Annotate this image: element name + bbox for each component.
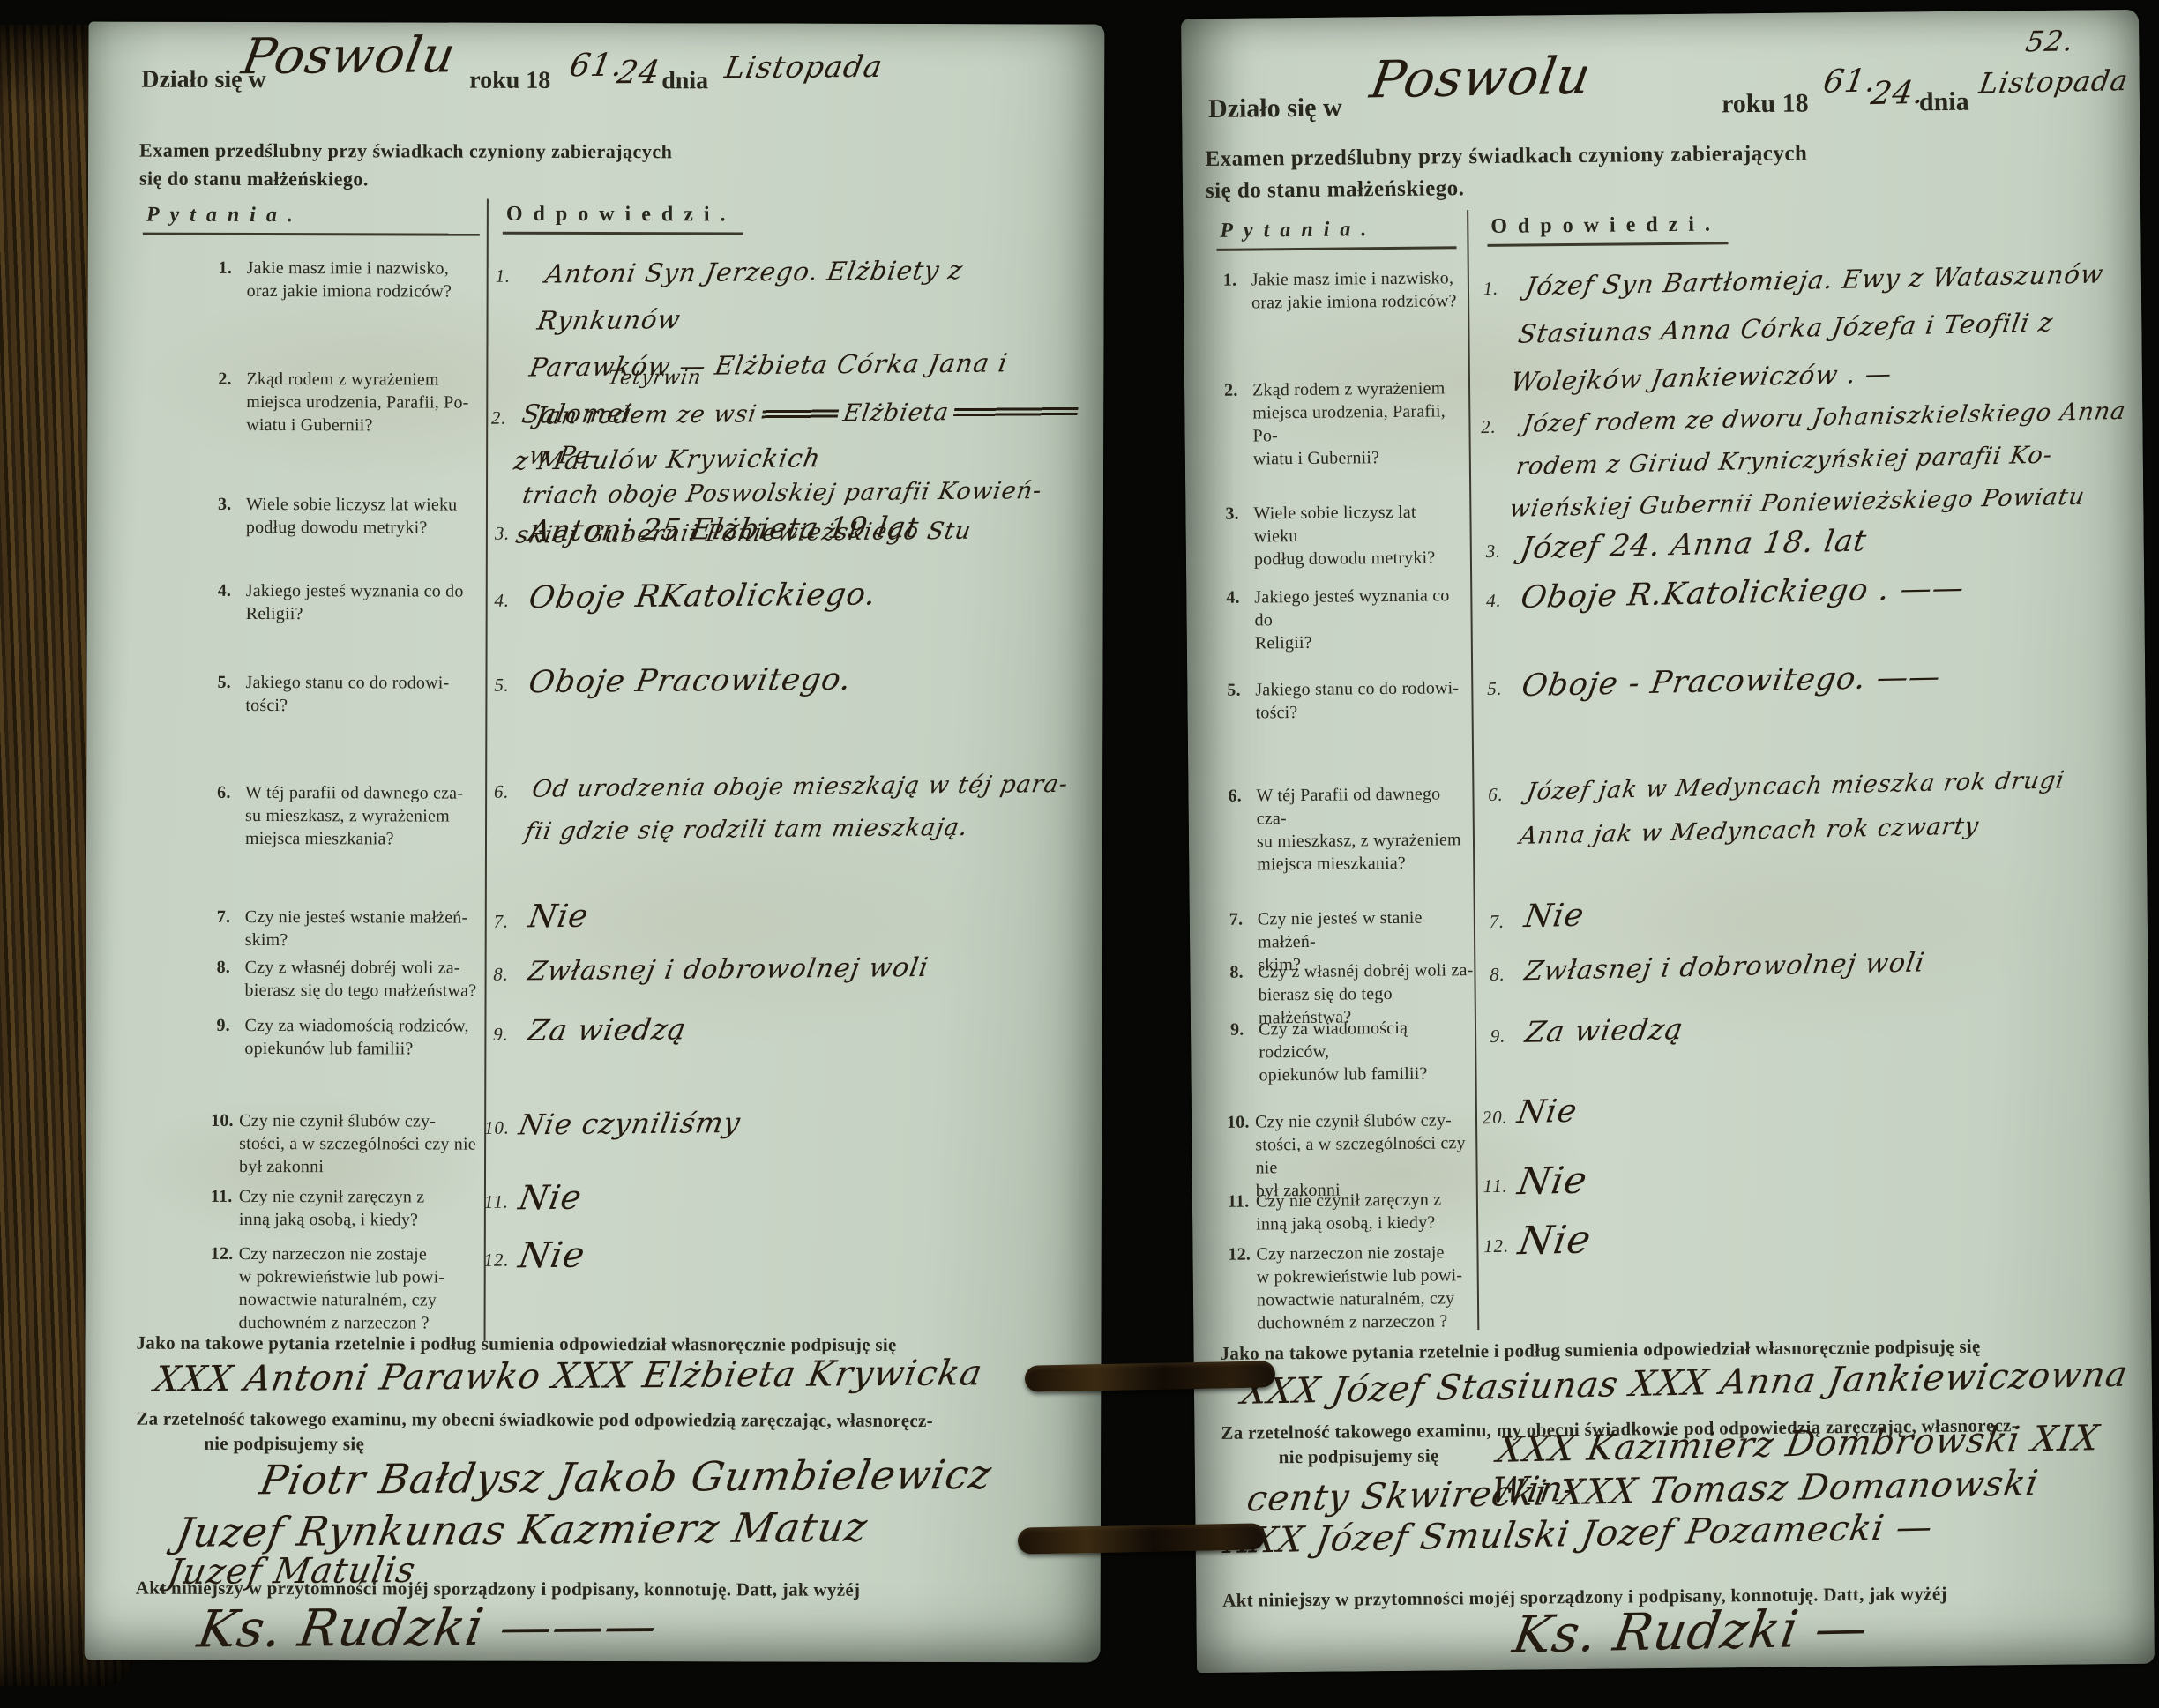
question-11: 11.Czy nie czynił zaręczyn zinną jaką os… [211, 1185, 480, 1232]
answer-12: 12.Nie [484, 1233, 749, 1278]
answer-10: 20.Nie [1483, 1087, 1747, 1134]
year-handwritten: 61. [1824, 63, 1878, 101]
witness-signature-3: XXX Józef Smulski Jozef Pozamecki — [1226, 1510, 1932, 1558]
crossed-out-word [761, 407, 840, 421]
question-12: 12.Czy narzeczon nie zostajew pokrewieńs… [211, 1242, 480, 1335]
question-12: 12.Czy narzeczon nie zostajew pokrewieńs… [1228, 1241, 1475, 1335]
answer-5: 5.Oboje - Pracowitego. —— [1487, 656, 2034, 705]
question-11: 11.Czy nie czynił zaręczyn zinną jaką os… [1228, 1188, 1475, 1236]
witness-statement-line1: Za rzetelność takowego examinu, my obecn… [136, 1408, 933, 1432]
question-6: 6.W téj parafii od dawnego cza-su mieszk… [217, 781, 482, 851]
answer-1: 1.Józef Syn Bartłomieja. Ewy z Wataszunó… [1483, 253, 2120, 402]
month-handwritten: Listopada [1980, 64, 2129, 100]
day-label: dnia [1919, 87, 1969, 118]
answer-3: 3.Józef 24. Anna 18. lat [1486, 518, 2015, 568]
page-number: 52. [2026, 25, 2073, 59]
answer-11: 11.Nie [1483, 1156, 1747, 1203]
answer-8: 8.Zwłasnej i dobrowolnej woli [494, 947, 1041, 993]
acted-at-label: Działo się w [1208, 93, 1342, 124]
couple-signatures: XXX Józef Stasiunas XXX Anna Jankiewiczo… [1243, 1359, 2127, 1408]
right-page: 52. Działo się w roku 18 Poswolu 61. 24.… [1181, 10, 2155, 1673]
year-label: roku 18 [1722, 88, 1809, 119]
year-label: roku 18 [469, 67, 550, 95]
question-4: 4.Jakiego jesteś wyznania co doReligii? [218, 579, 482, 626]
answer-2-interline: Tetyrwin [608, 367, 701, 389]
answer-2: 2.Józef rodem ze dworu Johaniszkielskieg… [1481, 394, 2125, 527]
question-8: 8.Czy z własnéj dobréj woli za-bierasz s… [217, 956, 490, 1003]
place-handwritten: Poswolu [243, 27, 455, 86]
question-1: 1.Jakie masz imie i nazwisko,oraz jakie … [1223, 266, 1461, 315]
oath-statement: Jako na takowe pytania rzetelnie i podłu… [136, 1332, 896, 1356]
answer-11: 11.Nie [484, 1175, 749, 1219]
form-subtitle: Examen przedślubny przy świadkach czynio… [1205, 138, 1808, 207]
crossed-out-word [953, 406, 1079, 420]
answer-4: 4.Oboje R.Katolickiego . —— [1486, 568, 2033, 617]
column-header-answers: Odpowiedzi. [1487, 213, 1728, 247]
form-subtitle: Examen przedślubny przy świadkach czynio… [139, 137, 672, 195]
column-header-questions: Pytania. [1216, 217, 1456, 251]
binding-thread-top [1025, 1361, 1276, 1391]
answer-3: 3.Antoni 25 Elżbieta 19 lat [495, 506, 1024, 552]
question-3: 3.Wiele sobie liczysz lat wiekupodług do… [218, 493, 482, 540]
answer-4: 4.Oboje RKatolickiego. [495, 573, 1024, 619]
question-6: 6.W téj Parafii od dawnego cza-su mieszk… [1228, 782, 1467, 876]
question-3: 3.Wiele sobie liczysz lat wiekupodług do… [1225, 500, 1464, 571]
priest-signature: Ks. Rudzki ——— [199, 1597, 657, 1658]
answer-7: 7.Nie [1490, 891, 1754, 938]
answer-9: 9.Za wiedzą [493, 1007, 846, 1052]
couple-signatures: XXX Antoni Parawko XXX Elżbieta Krywicka [155, 1355, 982, 1398]
witness-signature-1: Piotr Bałdysz Jakob Gumbielewicz [261, 1452, 991, 1502]
question-2: 2.Zkąd rodem z wyrażeniemmiejsca urodzen… [1224, 377, 1463, 471]
left-page: Działo się w Poswolu roku 18 61. 24 dnia… [85, 21, 1105, 1662]
day-handwritten: 24. [1871, 75, 1925, 112]
place-handwritten: Poswolu [1371, 47, 1590, 108]
answer-12: 12.Nie [1483, 1216, 1748, 1263]
question-9: 9.Czy za wiadomością rodziców,opiekunów … [216, 1014, 485, 1061]
day-handwritten: 24 [617, 55, 660, 91]
question-1: 1.Jakie masz imie i nazwisko,oraz jakie … [219, 257, 483, 303]
year-handwritten: 61. [570, 48, 623, 84]
witness-statement-line2: nie podpisujemy się [1279, 1445, 1439, 1469]
question-9: 9.Czy za wiadomością rodziców,opiekunów … [1230, 1016, 1478, 1087]
column-header-answers: Odpowiedzi. [503, 203, 743, 235]
question-4: 4.Jakiego jesteś wyznania co doReligii? [1226, 584, 1465, 655]
question-7: 7.Czy nie jesteś wstanie małżeń-skim? [217, 906, 486, 952]
question-10: 10.Czy nie czynił ślubów czy-stości, a w… [211, 1109, 484, 1179]
answer-6: 6.Od urodzenia oboje mieszkają w téj par… [494, 765, 1094, 852]
month-handwritten: Listopada [725, 49, 882, 85]
column-header-questions: Pytania. [143, 204, 480, 236]
question-5: 5.Jakiego stanu co do rodowi-tości? [217, 671, 482, 718]
answer-9: 9.Za wiedzą [1490, 1005, 1861, 1053]
answer-6: 6.Józef jak w Medyncach mieszka rok drug… [1488, 761, 2133, 855]
answer-7: 7.Nie [494, 894, 758, 939]
day-label: dnia [661, 67, 708, 95]
binding-thread-bottom [1018, 1523, 1266, 1554]
witness-signature-2: Juzef Rynkunas Kazmierz Matuz [177, 1505, 867, 1555]
priest-signature: Ks. Rudzki — [1513, 1600, 1867, 1663]
book-scan: Działo się w Poswolu roku 18 61. 24 dnia… [0, 0, 2159, 1708]
column-divider [484, 199, 489, 1341]
answer-8: 8.Zwłasnej i dobrowolnej woli [1490, 942, 2054, 991]
question-5: 5.Jakiego stanu co do rodowi-tości? [1227, 676, 1465, 725]
answer-5: 5.Oboje Pracowitego. [494, 658, 1023, 704]
answer-10: 10.Nie czyniliśmy [484, 1100, 908, 1145]
question-2: 2.Zkąd rodem z wyrażeniemmiejsca urodzen… [218, 368, 482, 437]
